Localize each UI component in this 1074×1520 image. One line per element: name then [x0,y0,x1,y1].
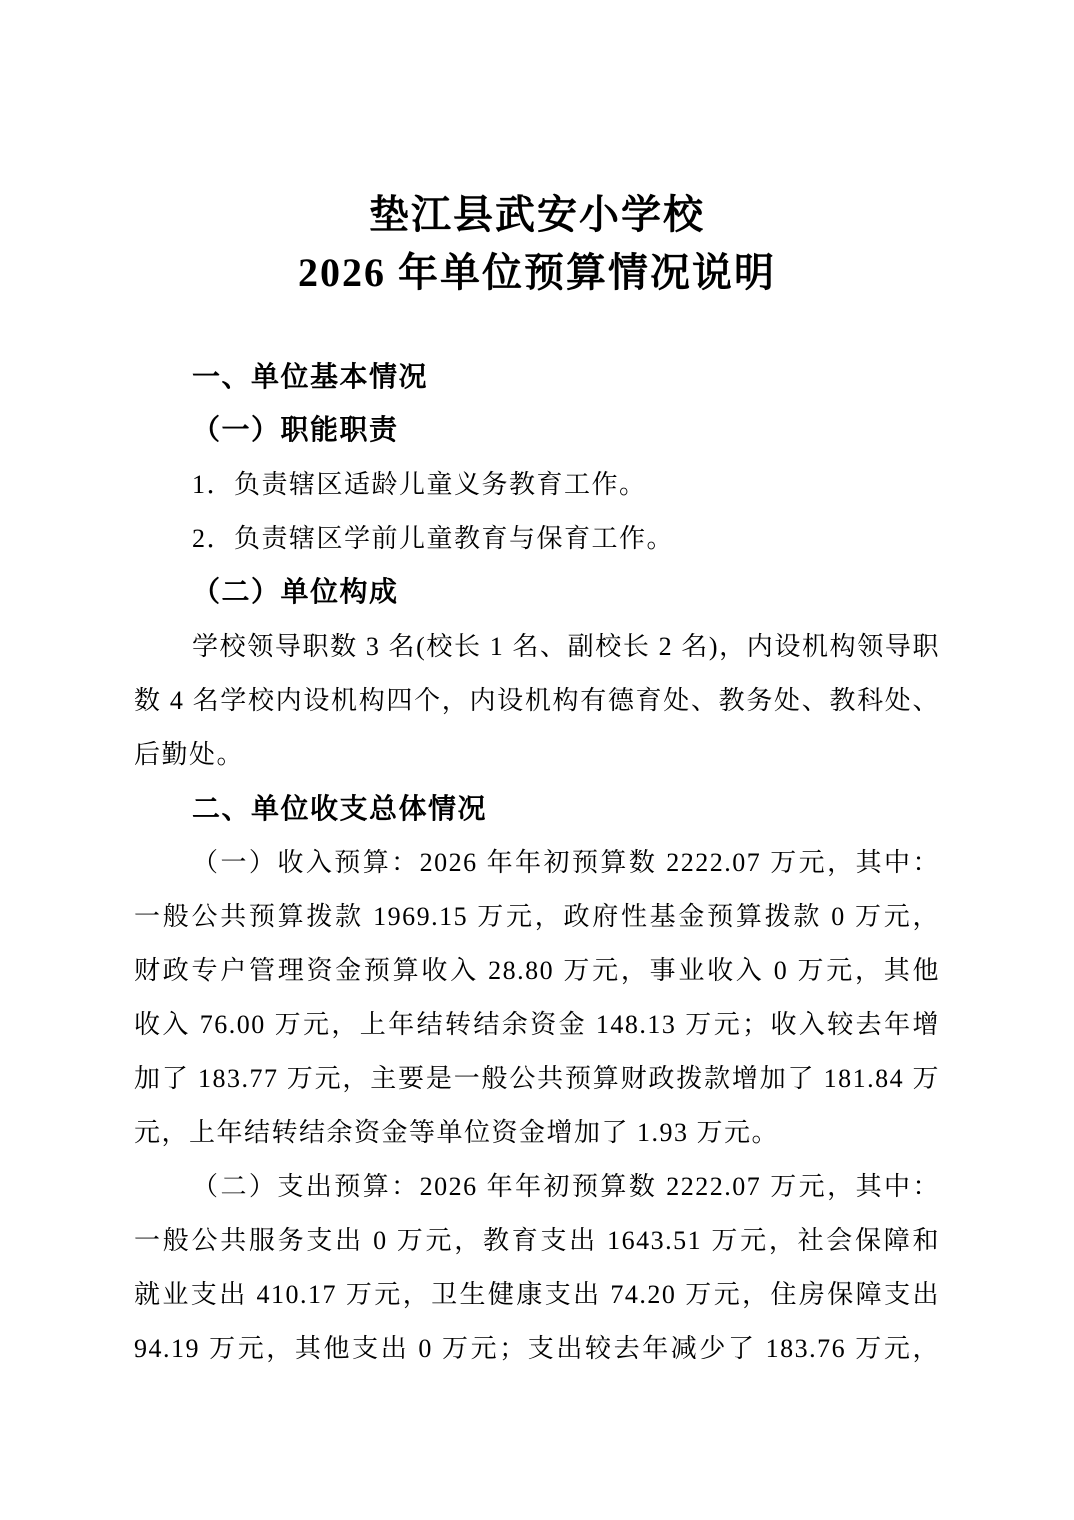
document-page: 垫江县武安小学校 2026 年单位预算情况说明 一、单位基本情况 （一）职能职责… [0,0,1074,1520]
income-budget-line-6: 元，上年结转结余资金等单位资金增加了 1.93 万元。 [134,1106,940,1160]
document-title: 垫江县武安小学校 2026 年单位预算情况说明 [134,186,940,302]
income-budget-line-2: 一般公共预算拨款 1969.15 万元，政府性基金预算拨款 0 万元， [134,890,940,944]
document-body: 一、单位基本情况 （一）职能职责 1．负责辖区适龄儿童义务教育工作。 2．负责辖… [134,350,940,1376]
unit-composition-line-2: 数 4 名学校内设机构四个，内设机构有德育处、教务处、教科处、 [134,674,940,728]
heading-duties: （一）职能职责 [134,404,940,458]
heading-unit-basic-info: 一、单位基本情况 [134,350,940,404]
unit-composition-line-1: 学校领导职数 3 名(校长 1 名、副校长 2 名)，内设机构领导职 [134,620,940,674]
income-budget-line-4: 收入 76.00 万元，上年结转结余资金 148.13 万元；收入较去年增 [134,998,940,1052]
document-title-line-2: 2026 年单位预算情况说明 [134,244,940,302]
heading-unit-composition: （二）单位构成 [134,566,940,620]
expenditure-budget-line-3: 就业支出 410.17 万元，卫生健康支出 74.20 万元，住房保障支出 [134,1268,940,1322]
document-title-line-1: 垫江县武安小学校 [134,186,940,244]
expenditure-budget-line-2: 一般公共服务支出 0 万元，教育支出 1643.51 万元，社会保障和 [134,1214,940,1268]
expenditure-budget-line-4: 94.19 万元，其他支出 0 万元；支出较去年减少了 183.76 万元， [134,1322,940,1376]
income-budget-line-3: 财政专户管理资金预算收入 28.80 万元，事业收入 0 万元，其他 [134,944,940,998]
heading-revenue-expenditure-overview: 二、单位收支总体情况 [134,782,940,836]
income-budget-line-1: （一）收入预算：2026 年年初预算数 2222.07 万元，其中： [134,836,940,890]
unit-composition-line-3: 后勤处。 [134,728,940,782]
duty-item-1: 1．负责辖区适龄儿童义务教育工作。 [134,458,940,512]
expenditure-budget-line-1: （二）支出预算：2026 年年初预算数 2222.07 万元，其中： [134,1160,940,1214]
duty-item-2: 2．负责辖区学前儿童教育与保育工作。 [134,512,940,566]
income-budget-line-5: 加了 183.77 万元，主要是一般公共预算财政拨款增加了 181.84 万 [134,1052,940,1106]
